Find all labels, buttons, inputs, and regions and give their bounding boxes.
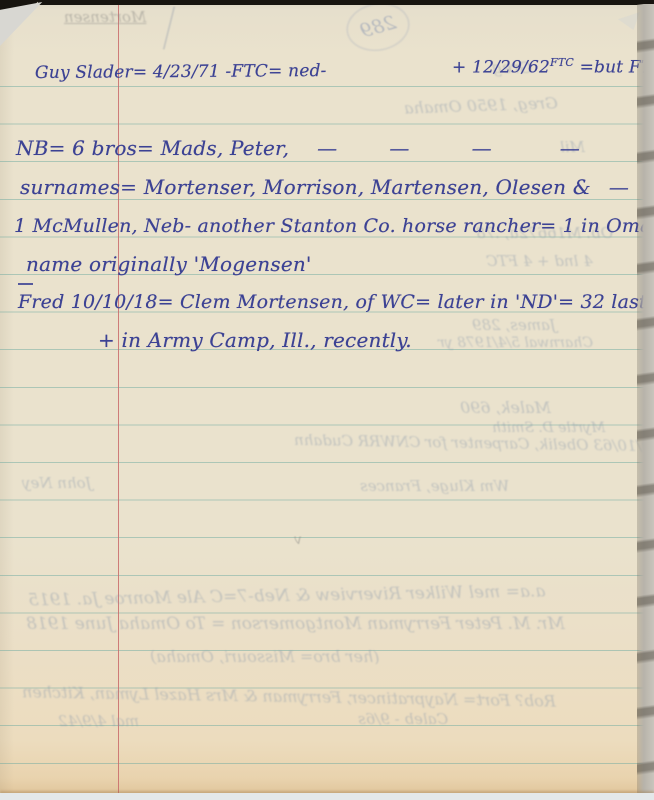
bleedthrough-line: John Ney [22,474,92,492]
dash-mark: — [317,136,337,160]
bleedthrough-pencil-mark: v [294,532,302,548]
bleedthrough-line: James, 289 [472,316,556,334]
red-margin-line [118,0,119,793]
book-page-edges [637,4,654,793]
bleedthrough-line: (her bro= Missouri, Omaha) [150,647,379,666]
page-number-text: 289 [358,11,399,42]
handwriting-text: surnames= Mortenser, Morrison, Martensen… [20,175,591,199]
bleedthrough-line: Mr. M. Peter Ferryman Montgomerson = To … [26,614,565,634]
underline-tick [18,283,33,285]
scan-bottom-edge [0,793,654,800]
handwriting-line-5: name originally 'Mogensen' [26,252,312,276]
handwriting-line-1-left: Guy Slader= 4/23/71 -FTC= ned- [35,61,327,83]
bleedthrough-line: Charnwal 5/4/1978 yr [438,335,593,351]
dash-mark: — [609,175,629,199]
bleedthrough-line: Caleb - 9/6s [358,710,448,728]
scan-top-edge [38,0,654,5]
handwriting-line-1-right: + 12/29/62FTC =but FTC [452,56,654,78]
handwriting-line-7: + in Army Camp, Ill., recently. [98,328,412,352]
bleedthrough-line: Myrtle D. Smith [492,420,605,436]
bleedthrough-line: 4 lnd + 4 FTC [486,252,593,270]
bleedthrough-line: mal 4/9/42 [58,712,139,730]
handwriting-text: NB= 6 bros= Mads, Peter, [16,136,289,160]
bleedthrough-pencil-name: Mortensen [64,8,146,26]
handwriting-line-4: 1 McMullen, Neb- another Stanton Co. hor… [14,215,654,237]
handwriting-line-6: Fred 10/10/18= Clem Mortensen, of WC= la… [18,291,654,313]
dash-mark: — [560,136,580,160]
handwriting-line-3: surnames= Mortenser, Morrison, Martensen… [20,175,629,199]
handwriting-date: + 12/29/62 [452,58,550,78]
dash-mark: — [472,136,492,160]
scanned-notebook-page: Mortensen 289 Greg Greg, 1950 Omaha Mil … [0,0,654,800]
handwriting-line-2: NB= 6 bros= Mads, Peter, — — — — [16,136,580,160]
dash-mark: — [389,136,409,160]
bleedthrough-line: Wm Kluge, Frances [360,477,509,495]
handwriting-superscript: FTC [550,56,574,69]
bleedthrough-line: Malek, 690 [460,398,551,417]
